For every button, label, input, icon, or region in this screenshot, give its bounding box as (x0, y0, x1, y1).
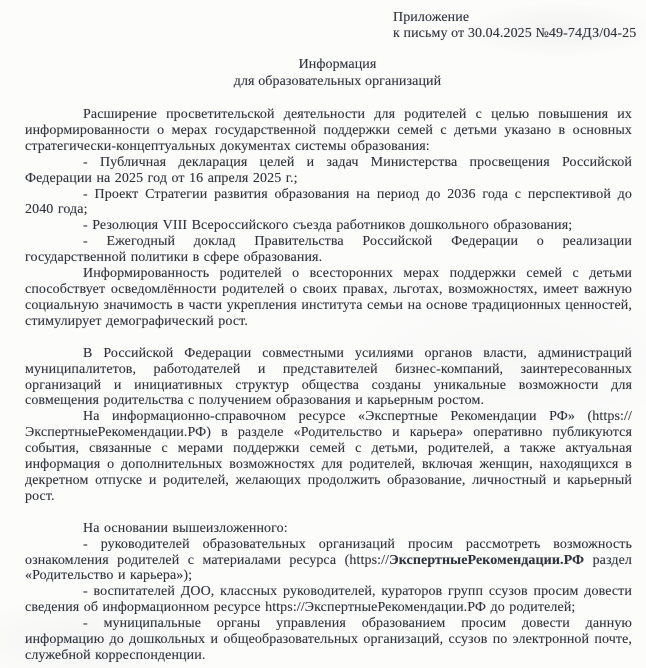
document-content: Приложение к письму от 30.04.2025 №49-74… (25, 0, 632, 664)
paragraph-awareness: Информированность родителей о всесторонн… (25, 266, 632, 330)
list-item-strategy: - Проект Стратегии развития образования … (25, 187, 632, 219)
annex-label: Приложение (393, 10, 632, 26)
letter-reference: к письму от 30.04.2025 №49-74ДЗ/04-25 (393, 26, 632, 42)
paragraph-resource: На информационно-справочном ресурсе «Экс… (25, 409, 632, 504)
paragraph-opportunities: В Российской Федерации совместными усили… (25, 346, 632, 410)
title-line: Информация (43, 57, 632, 74)
annex-header: Приложение к письму от 30.04.2025 №49-74… (393, 10, 632, 41)
list-item-request-leaders: - руководителей образовательных организа… (25, 537, 632, 585)
list-item-declaration: - Публичная декларация целей и задач Мин… (25, 155, 632, 187)
list-item-request-teachers: - воспитателей ДОО, классных руководител… (25, 584, 632, 616)
document-title: Информация для образовательных организац… (25, 57, 632, 90)
subtitle-line: для образовательных организаций (43, 74, 632, 91)
list-item-report: - Ежегодный доклад Правительства Российс… (25, 234, 632, 266)
paragraph-intro: Расширение просветительской деятельности… (25, 107, 632, 155)
scanned-document-page: Приложение к письму от 30.04.2025 №49-74… (0, 0, 646, 668)
document-body: Расширение просветительской деятельности… (25, 107, 632, 664)
list-item-resolution: - Резолюция VIII Всероссийского съезда р… (25, 218, 632, 234)
paragraph-conclusion-lead: На основании вышеизложенного: (25, 521, 632, 537)
list-item-request-municipal: - муниципальные органы управления образо… (25, 616, 632, 664)
resource-url-bold: ЭкспертныеРекомендации.РФ (389, 553, 584, 568)
